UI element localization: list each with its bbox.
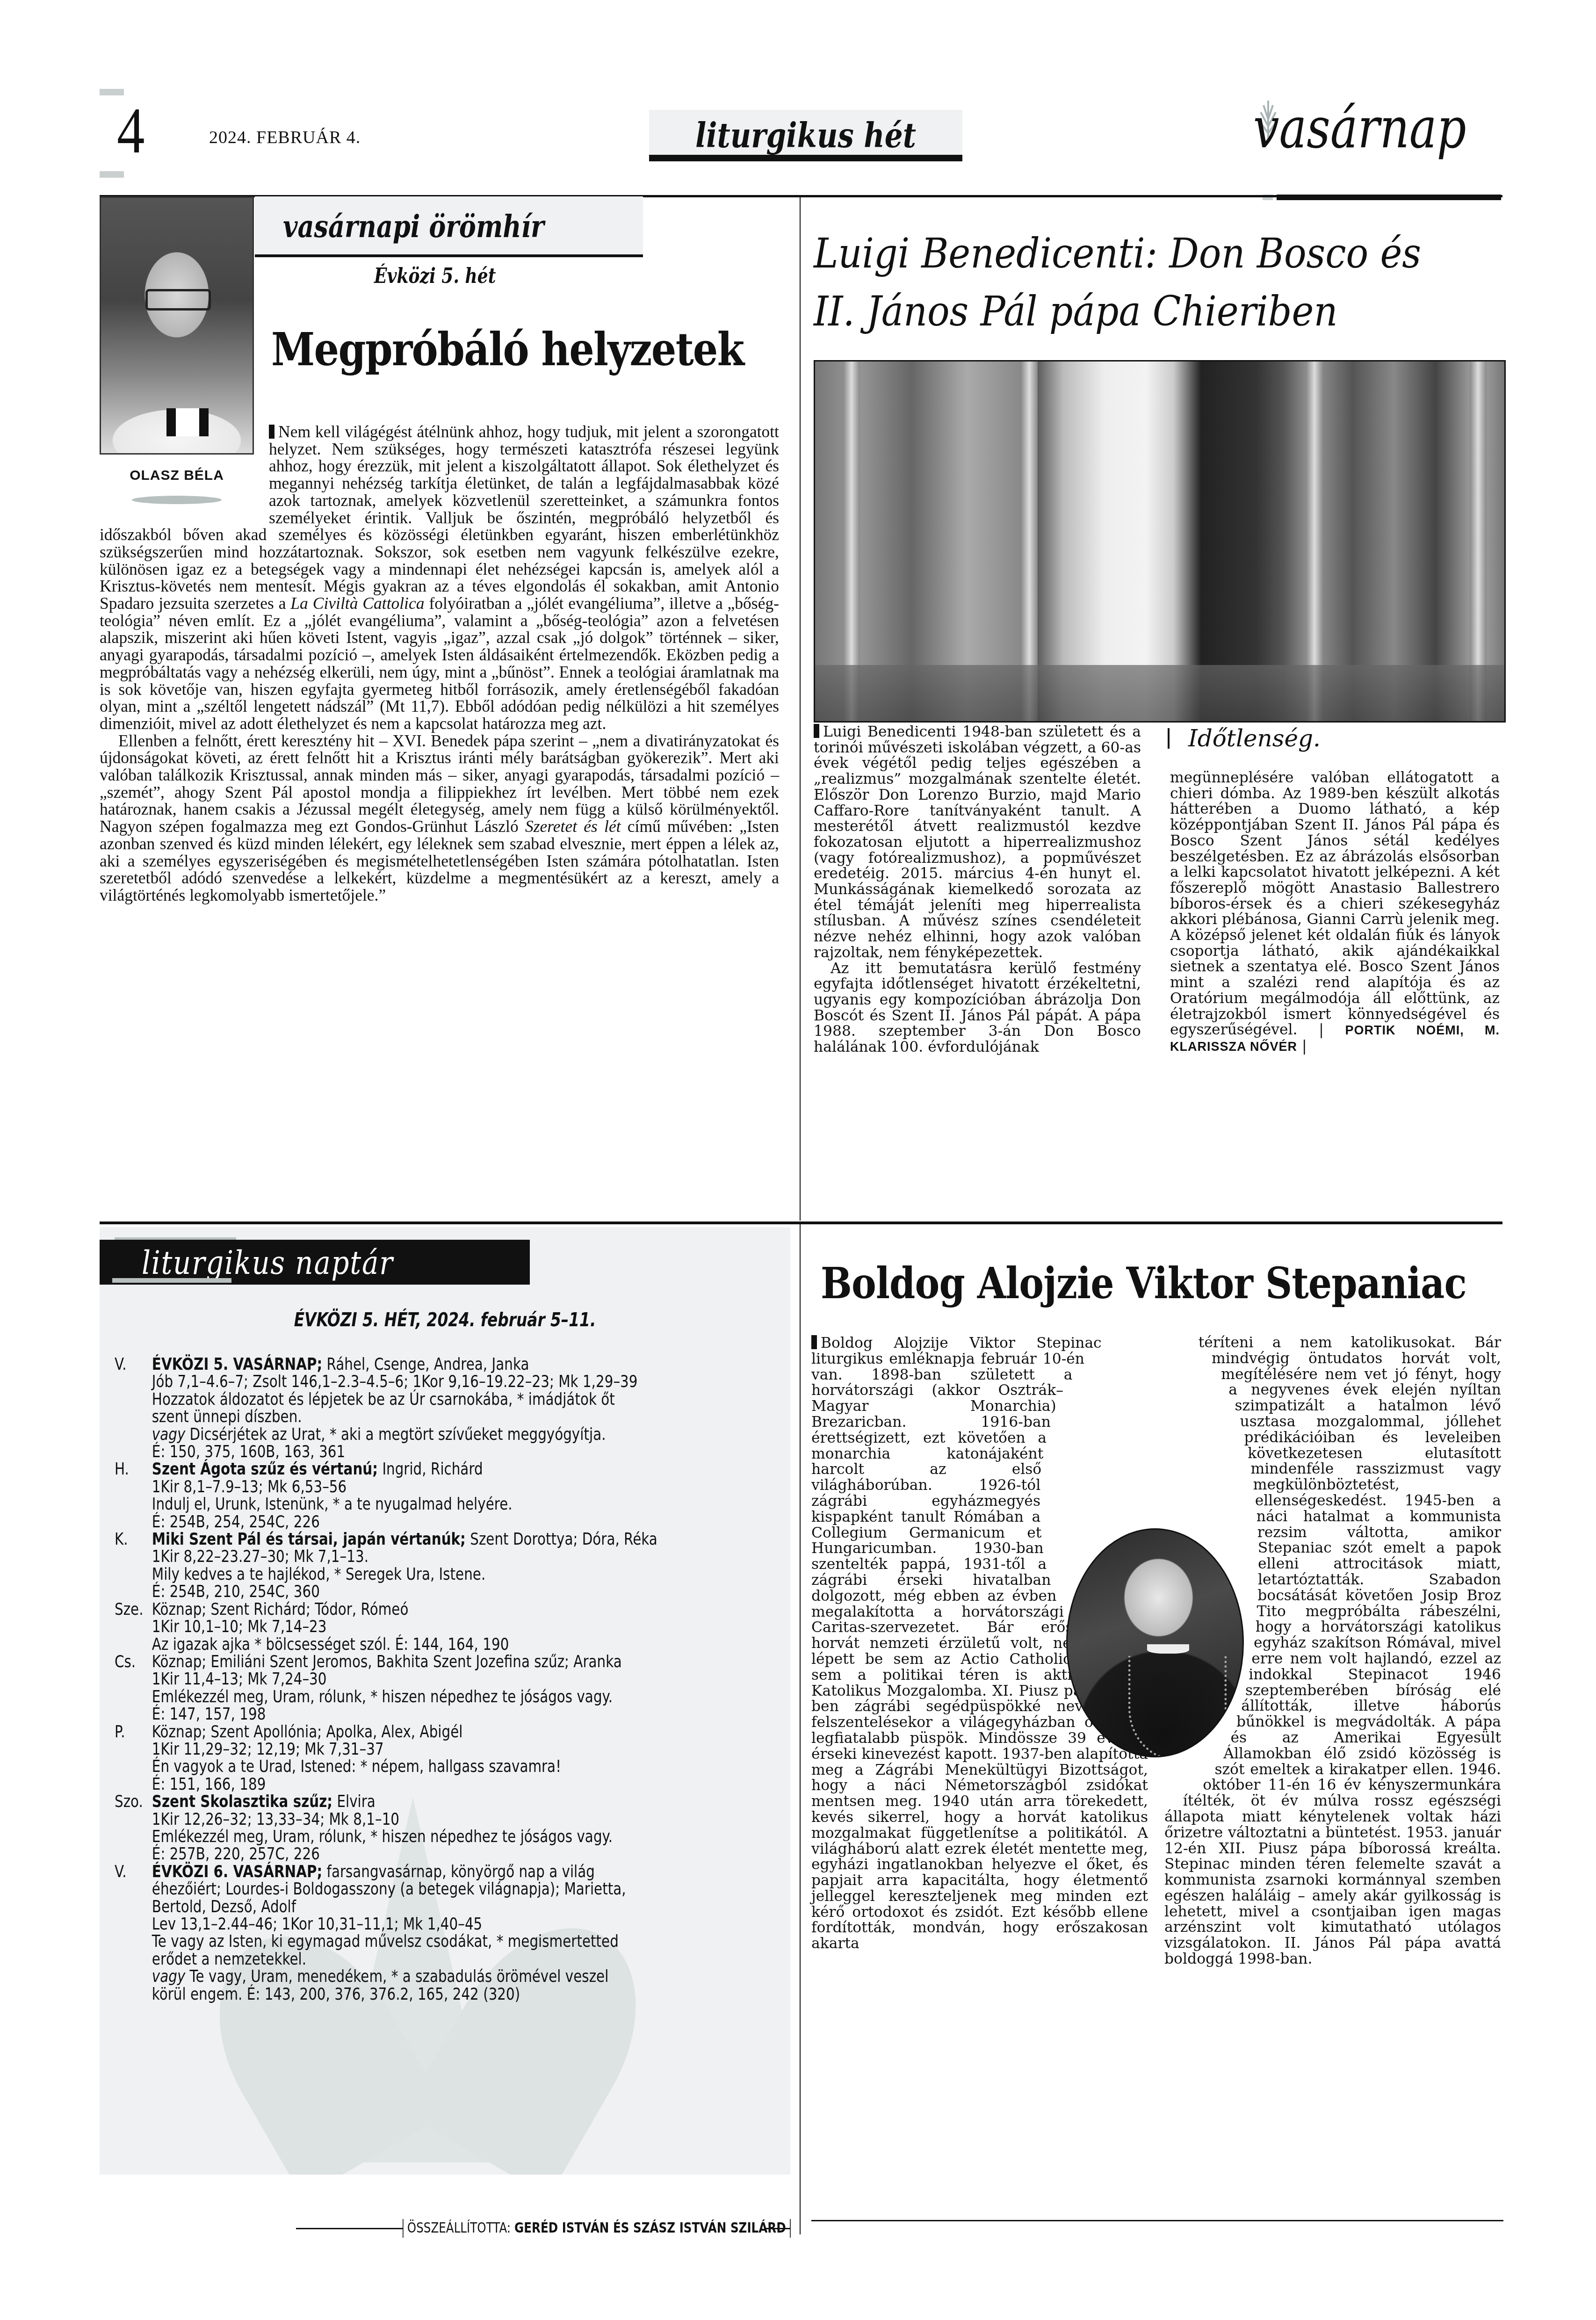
compiled-by-text: ÖSSZEÁLLÍTOTTA: GERÉD ISTVÁN ÉS SZÁSZ IS… — [403, 2219, 791, 2238]
bottom-rule — [811, 2220, 1503, 2221]
day-abbreviation: H. — [115, 1461, 152, 1531]
calendar-day: V.ÉVKÖZI 6. VASÁRNAP; farsangvasárnap, k… — [115, 1864, 779, 2003]
day-entry-line: É: 254B, 254, 254C, 226 — [152, 1514, 779, 1531]
article-paragraph: Luigi Benedicenti 1948-ban született és … — [814, 724, 1141, 961]
rule-right — [766, 2228, 790, 2229]
day-entries: Köznap; Szent Apollónia; Apolka, Alex, A… — [152, 1724, 779, 1794]
day-abbreviation: P. — [115, 1724, 152, 1794]
day-entry-line: Emlékezzél meg, Uram, rólunk, * hiszen n… — [152, 1689, 779, 1706]
day-entry-line: éhezőiért; Lourdes-i Boldogasszony (a be… — [152, 1881, 779, 1898]
calendar-day: V.ÉVKÖZI 5. VASÁRNAP; Ráhel, Csenge, And… — [115, 1356, 779, 1461]
day-entry-line: Bertold, Dezső, Adolf — [152, 1899, 779, 1916]
page-number-bar-bottom — [100, 171, 124, 178]
section-label: liturgikus hét — [672, 110, 939, 161]
article-paragraph: megünneplésére valóban ellátogatott a ch… — [1170, 770, 1500, 1055]
day-entries: Köznap; Szent Richárd; Tódor, Rómeó1Kir … — [152, 1601, 779, 1654]
lead-marker-icon — [269, 425, 274, 439]
day-entry-line: 1Kir 10,1–10; Mk 7,14–23 — [152, 1619, 779, 1636]
day-entry-line: 1Kir 8,1–7.9–13; Mk 6,53–56 — [152, 1479, 779, 1496]
column-kicker: vasárnapi örömhír — [283, 208, 544, 245]
day-entry-line: Köznap; Emiliáni Szent Jeromos, Bakhita … — [152, 1654, 779, 1671]
day-entries: Szent Skolasztika szűz; Elvira1Kir 12,26… — [152, 1793, 779, 1864]
day-entry-line: Hozzatok áldozatot és lépjetek be az Úr … — [152, 1391, 779, 1409]
day-abbreviation: Cs. — [115, 1654, 152, 1724]
day-entry-line: 1Kir 11,4–13; Mk 7,24–30 — [152, 1671, 779, 1688]
article-paragraph: Ellenben a felnőtt, érett keresztény hit… — [100, 732, 779, 904]
day-entry-line: ÉVKÖZI 6. VASÁRNAP; farsangvasárnap, kön… — [152, 1864, 779, 1881]
day-entry-line: É: 147, 157, 198 — [152, 1706, 779, 1723]
painting-floor — [815, 665, 1504, 721]
day-entry-line: Lev 13,1–2.44–46; 1Kor 10,31–11,1; Mk 1,… — [152, 1916, 779, 1933]
art-article-column-2: megünneplésére valóban ellátogatott a ch… — [1170, 770, 1500, 1055]
calendar-day: Sze.Köznap; Szent Richárd; Tódor, Rómeó1… — [115, 1601, 779, 1654]
section-divider — [100, 1221, 1502, 1224]
portrait-wrap-spacer — [100, 423, 269, 526]
issue-date: 2024. FEBRUÁR 4. — [209, 127, 361, 148]
day-entries: ÉVKÖZI 5. VASÁRNAP; Ráhel, Csenge, Andre… — [152, 1356, 779, 1461]
article-paragraph: Az itt bemutatásra kerülő festmény egyfa… — [814, 961, 1141, 1055]
day-entries: Szent Ágota szűz és vértanú; Ingrid, Ric… — [152, 1461, 779, 1531]
painting-image — [814, 360, 1506, 723]
day-entry-line: körül engem. É: 143, 200, 376, 376.2, 16… — [152, 1986, 779, 2003]
day-entry-line: 1Kir 8,22–23.27–30; Mk 7,1–13. — [152, 1548, 779, 1566]
day-entry-line: É: 257B, 220, 257C, 226 — [152, 1846, 779, 1863]
calendar-tab-label: liturgikus naptár — [142, 1243, 393, 1282]
article-subkicker: Évközi 5. hét — [374, 264, 496, 288]
day-abbreviation: V. — [115, 1864, 152, 2003]
day-entry-line: Jób 7,1–4.6–7; Zsolt 146,1–2.3–4.5–6; 1K… — [152, 1373, 779, 1391]
article-headline: Megpróbáló helyzetek — [271, 323, 744, 376]
day-entry-line: Indulj el, Urunk, Istenünk, * a te nyuga… — [152, 1496, 779, 1513]
stepinac-headline: Boldog Alojzie Viktor Stepaniac — [821, 1258, 1466, 1308]
calendar-tab-accent — [112, 1278, 231, 1283]
column-kicker-box: vasárnapi örömhír — [255, 196, 643, 257]
glasses — [145, 289, 211, 311]
day-entry-line: ÉVKÖZI 5. VASÁRNAP; Ráhel, Csenge, Andre… — [152, 1356, 779, 1373]
day-entry-line: Szent Ágota szűz és vértanú; Ingrid, Ric… — [152, 1461, 779, 1478]
pectoral-chain — [1128, 1656, 1227, 1757]
day-entry-line: É: 151, 166, 189 — [152, 1776, 779, 1793]
day-entry-line: Szent Skolasztika szűz; Elvira — [152, 1793, 779, 1811]
art-article-column-1: Luigi Benedicenti 1948-ban született és … — [814, 724, 1141, 1055]
day-entry-line: É: 150, 375, 160B, 163, 361 — [152, 1444, 779, 1461]
calendar-day: Cs.Köznap; Emiliáni Szent Jeromos, Bakhi… — [115, 1654, 779, 1724]
lead-marker-icon — [814, 724, 819, 738]
day-abbreviation: Szo. — [115, 1793, 152, 1864]
day-entry-line: É: 254B, 210, 254C, 360 — [152, 1583, 779, 1601]
rule-left — [296, 2228, 403, 2229]
column-divider-bottom — [800, 1224, 801, 2234]
day-entry-line: Köznap; Szent Richárd; Tódor, Rómeó — [152, 1601, 779, 1619]
day-entry-line: szent ünnepi díszben. — [152, 1409, 779, 1426]
day-entry-line: vagy Te vagy, Uram, menedékem, * a szaba… — [152, 1968, 779, 1986]
column-divider-top — [800, 196, 801, 1221]
lead-marker-icon — [811, 1335, 817, 1349]
day-entry-line: Miki Szent Pál és társai, japán vértanúk… — [152, 1531, 779, 1548]
day-entries: Köznap; Emiliáni Szent Jeromos, Bakhita … — [152, 1654, 779, 1724]
brand-logo: vasárnap — [1253, 96, 1466, 161]
day-entry-line: vagy Dicsérjétek az Urat, * aki a megtör… — [152, 1426, 779, 1444]
art-article-headline: Luigi Benedicenti: Don Bosco és II. Jáno… — [814, 224, 1437, 340]
day-entry-line: erődet a nemzetekkel. — [152, 1951, 779, 1968]
pull-quote: Időtlenség. — [1168, 728, 1321, 749]
calendar-week-title: ÉVKÖZI 5. HÉT, 2024. február 5–11. — [162, 1309, 728, 1331]
day-entry-line: Emlékezzél meg, Uram, rólunk, * hiszen n… — [152, 1829, 779, 1846]
calendar-day-list: V.ÉVKÖZI 5. VASÁRNAP; Ráhel, Csenge, And… — [115, 1356, 779, 2003]
day-entry-line: Én vagyok a te Urad, Istened: * népem, h… — [152, 1758, 779, 1776]
page-number: 4 — [117, 98, 145, 164]
compiled-by: ÖSSZEÁLLÍTOTTA: GERÉD ISTVÁN ÉS SZÁSZ IS… — [100, 2219, 790, 2238]
day-entry-line: 1Kir 12,26–32; 13,33–34; Mk 8,1–10 — [152, 1811, 779, 1829]
day-entry-line: Az igazak ajka * bölcsességet szól. É: 1… — [152, 1636, 779, 1654]
day-entry-line: 1Kir 11,29–32; 12,19; Mk 7,31–37 — [152, 1741, 779, 1758]
section-label-box: liturgikus hét — [649, 110, 962, 161]
day-entries: Miki Szent Pál és társai, japán vértanúk… — [152, 1531, 779, 1601]
article-body: Nem kell világégést átélnünk ahhoz, hogy… — [100, 423, 779, 904]
day-abbreviation: K. — [115, 1531, 152, 1601]
day-abbreviation: Sze. — [115, 1601, 152, 1654]
day-entry-line: Mily kedves a te hajlékod, * Seregek Ura… — [152, 1566, 779, 1583]
calendar-day: H.Szent Ágota szűz és vértanú; Ingrid, R… — [115, 1461, 779, 1531]
stepinac-portrait — [1066, 1528, 1244, 1757]
day-entries: ÉVKÖZI 6. VASÁRNAP; farsangvasárnap, kön… — [152, 1864, 779, 2003]
day-entry-line: Te vagy az Isten, ki egymagad művelsz cs… — [152, 1933, 779, 1951]
day-abbreviation: V. — [115, 1356, 152, 1461]
calendar-day: P.Köznap; Szent Apollónia; Apolka, Alex,… — [115, 1724, 779, 1794]
day-entry-line: Köznap; Szent Apollónia; Apolka, Alex, A… — [152, 1724, 779, 1741]
collar — [1147, 1644, 1189, 1654]
calendar-day: Szo.Szent Skolasztika szűz; Elvira1Kir 1… — [115, 1793, 779, 1864]
calendar-day: K.Miki Szent Pál és társai, japán vértan… — [115, 1531, 779, 1601]
author-portrait — [100, 196, 254, 455]
